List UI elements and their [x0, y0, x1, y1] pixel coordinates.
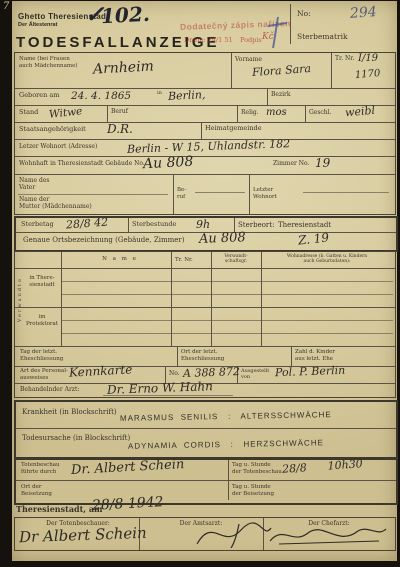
todesursache-value: ADYNAMIA CORDIS : HERZSCHWÄCHE: [128, 438, 324, 450]
relig-value: mos: [266, 108, 287, 118]
name-label: Name (bei Frauen auch Mädchenname): [19, 56, 91, 69]
staat-label: Staatsangehörigkeit: [19, 126, 86, 134]
diagnosis-section: Krankheit (in Blockschrift) MARASMUS SEN…: [14, 400, 398, 459]
ausweis-no-value: A 388 872: [183, 366, 240, 379]
wohnhaft-value: Au 808: [143, 155, 194, 172]
col-header-name: N a m e: [75, 256, 165, 263]
col-header-wohnadresse: Wohnadresse (b. Gatten u. Kindern auch G…: [263, 254, 391, 265]
trnr-label: Tr. Nr.: [335, 55, 354, 62]
ausweis-label: Art des Personal- ausweises: [20, 368, 68, 381]
stand-label: Stand: [19, 109, 38, 117]
zimmer-label: Zimmer No.: [273, 160, 309, 167]
sterbetag-value: 28/8 42: [66, 217, 109, 231]
ortsbezeichnung-label: Genaue Ortsbezeichnung (Gebäude, Zimmer): [23, 236, 184, 244]
blue-pencil-mark-icon: [264, 14, 290, 50]
ausgestellt-label: Ausgestellt von: [241, 368, 269, 380]
totenbeschauer-signature: Dr Albert Schein: [19, 526, 147, 545]
geschl-label: Geschl.: [309, 109, 331, 116]
wohnhaft-label: Wohnhaft in Theresienstadt Gebäude No.: [19, 160, 145, 167]
signature-section: Der Totenbeschauer: Der Amtsarzt: Der Ch…: [14, 517, 396, 551]
sterbeort-value: Theresienstadt: [278, 221, 331, 229]
arzt-label: Behandelnder Arzt:: [20, 386, 79, 393]
bezirk-label: Bezirk: [271, 91, 291, 98]
sterbestunde-value: 9h: [196, 219, 210, 230]
beschau-zeit-label: Tag u. Stunde der Totenbeschau: [232, 462, 282, 475]
todesursache-label: Todesursache (in Blockschrift): [22, 434, 130, 442]
beruf2-label: Be- ruf: [177, 187, 186, 200]
ehe-kinder-label: Zahl d. Kinder aus letzt. Ehe: [295, 349, 335, 362]
letzter-wohnort2-label: Letzter Wohnort: [253, 187, 277, 200]
no-value-handwritten: 294: [350, 5, 378, 21]
ehe-ort-label: Ort der letzt. Eheschliessung: [181, 349, 224, 362]
beisetzung-ort-label: Ort der Beisetzung: [21, 484, 52, 497]
sterbeort-label: Sterbeort:: [238, 221, 274, 229]
krankheit-value: MARASMUS SENILIS : ALTERSSCHWÄCHE: [120, 410, 332, 423]
chefarzt-signature: [267, 523, 389, 548]
relig-label: Relig.: [241, 109, 259, 116]
red-stamp-date: Dnem: 24/1 51: [184, 37, 233, 45]
red-stamp-podpis: Podpis: [240, 37, 262, 45]
zimmer-value: 19: [315, 157, 330, 169]
vorname-label: Vorname: [235, 56, 262, 63]
inspection-section: Totenbeschau führte durch Dr. Albert Sch…: [14, 458, 398, 505]
sterbestunde-label: Sterbestunde: [132, 221, 176, 229]
corner-number: 7: [3, 2, 9, 12]
org-subtitle: Der Ältestenrat: [18, 22, 57, 28]
geburtsort-value: Berlin,: [168, 89, 206, 102]
name-value: Arnheim: [93, 59, 155, 76]
sterbematrik-label: Sterbematrik: [297, 32, 348, 41]
beisetzung-zeit-label: Tag u. Stunde der Beisetzung: [232, 484, 274, 497]
ausweis-value: Kennkarte: [69, 363, 133, 378]
geboren-value: 24. 4. 1865: [71, 91, 131, 102]
col-header-trnr: Tr. Nr.: [175, 257, 193, 264]
group-protektorat-label: im Protektorat: [25, 314, 59, 327]
ehe-tag-label: Tag der letzt. Eheschliessung: [20, 349, 63, 362]
stand-value: Witwe: [49, 106, 83, 120]
beschau-zeit-value: 28/8 10h30: [282, 458, 363, 475]
ortsbezeichnung-value2: Z. 19: [297, 231, 329, 246]
wohnort-value: Berlin - W 15, Uhlandstr. 182: [127, 138, 290, 155]
ausgestellt-value: Pol. P. Berlin: [275, 365, 346, 378]
group-theresienstadt-label: in There- sienstadt: [25, 275, 59, 288]
ort-datum-label: Theresienstadt, am: [16, 505, 103, 515]
heimat-label: Heimatgemeinde: [205, 125, 262, 133]
geboren-label: Geboren am: [19, 92, 59, 100]
scanned-death-notice-photo: 7 Ghetto Theresienstadt Der Ältestenrat …: [0, 0, 400, 567]
wohnort-label: Letzer Wohnort (Adresse): [19, 143, 97, 150]
death-section: Sterbetag 28/8 42 Sterbestunde 9h Sterbe…: [14, 216, 398, 252]
totenbeschau-label: Totenbeschau führte durch: [21, 462, 60, 475]
ortsbezeichnung-value1: Au 808: [199, 231, 246, 246]
mutter-label: Name der Mutter (Mädchenname): [19, 196, 92, 210]
identity-section: Name (bei Frauen auch Mädchenname) Arnhe…: [14, 52, 396, 215]
staat-value: D.R.: [107, 123, 133, 135]
amtsarzt-signature: [193, 522, 273, 548]
totenbeschau-value: Dr. Albert Schein: [71, 458, 185, 477]
geschl-value: weibl: [345, 105, 376, 119]
vorname-value: Flora Sara: [252, 63, 312, 78]
vater-label: Name des Vater: [19, 177, 49, 191]
col-header-verwandtschaft: Verwandt- schaftsgr.: [212, 254, 260, 265]
ort-datum-value: 28/8 1942: [92, 495, 164, 513]
geboren-in-label: in: [157, 90, 162, 96]
relatives-section: N a m e Tr. Nr. Verwandt- schaftsgr. Woh…: [14, 251, 396, 398]
no-label: No:: [297, 9, 311, 18]
registry-number-handwritten: 102.: [101, 4, 151, 27]
verwandte-side-label: Verwandte: [17, 277, 23, 322]
arzt-value: Dr. Erno W. Hahn: [107, 380, 213, 396]
sterbetag-label: Sterbetag: [21, 221, 54, 229]
trnr-value2: 1170: [355, 69, 381, 81]
beruf-label: Beruf: [111, 108, 128, 115]
trnr-value: I/19: [358, 54, 378, 64]
krankheit-label: Krankheit (in Blockschrift): [22, 408, 117, 416]
ausweis-no-label: No.: [169, 370, 180, 377]
